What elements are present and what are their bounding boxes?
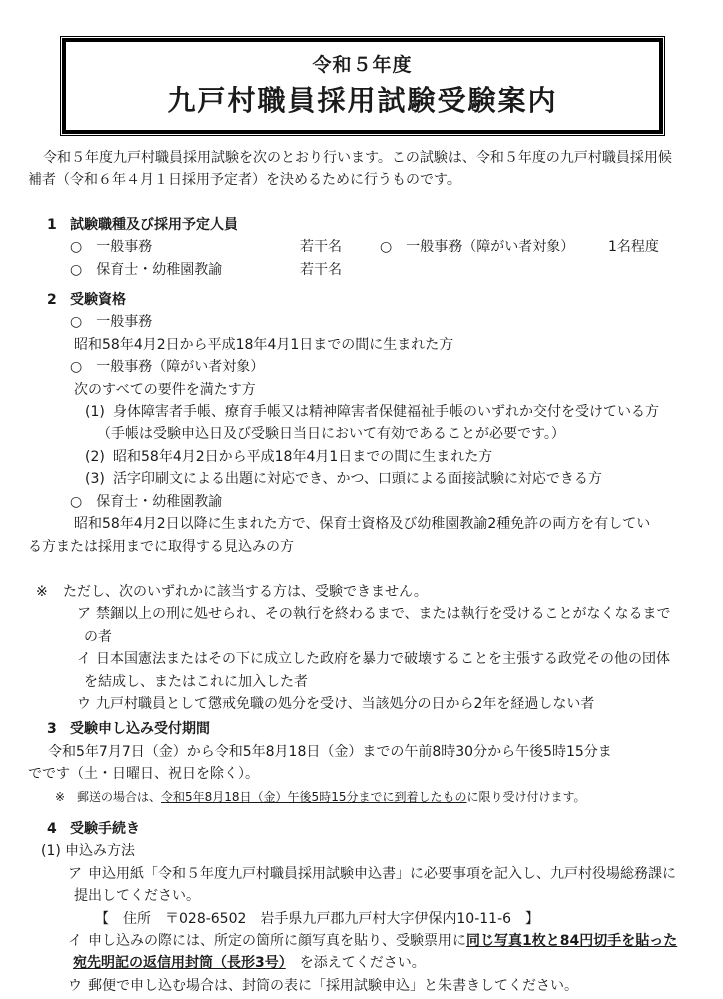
doc-line: （手帳は受験申込日及び受験日当日において有効であることが必要です。） <box>28 423 697 445</box>
text-segment: 申込み方法 <box>65 843 135 859</box>
doc-line: 令和5年7月7日（金）から令和5年8月18日（金）までの午前8時30分から午後5… <box>28 741 697 763</box>
text-segment: (1) <box>85 401 113 423</box>
text-segment: 若干名 <box>300 236 380 258</box>
doc-line: を結成し、またはこれに加入した者 <box>28 671 697 693</box>
text-segment: 同じ写真1枚と84円切手を貼った <box>466 933 677 949</box>
text-segment: 令和5年8月18日（金）午後5時15分までに到着したもの <box>161 790 466 804</box>
doc-line: ○ 一般事務若干名○ 一般事務（障がい者対象）1名程度 <box>28 236 697 258</box>
text-segment: ○ 一般事務（障がい者対象） <box>70 359 264 375</box>
text-segment: 郵送の場合は、 <box>77 790 161 804</box>
text-segment: 試験職種及び採用予定人員 <box>70 217 238 233</box>
text-segment: ○ 一般事務 <box>70 314 152 330</box>
doc-line: (1)身体障害者手帳、療育手帳又は精神障害者保健福祉手帳のいずれか交付を受けてい… <box>28 401 697 423</box>
doc-line: ○ 一般事務（障がい者対象） <box>28 356 697 378</box>
doc-line: の者 <box>28 626 697 648</box>
text-segment: 昭和58年4月2日から平成18年4月1日までの間に生まれた方 <box>113 449 492 465</box>
doc-line: ※郵送の場合は、令和5年8月18日（金）午後5時15分までに到着したものに限り受… <box>28 786 697 808</box>
text-segment: 提出してください。 <box>74 888 200 904</box>
text-segment: ※ <box>55 786 77 808</box>
text-segment: 宛先明記の返信用封筒（長形3号） <box>73 955 286 971</box>
text-segment: ○ 保育士・幼稚園教諭 <box>70 494 222 510</box>
text-segment: 次のすべての要件を満たす方 <box>74 382 256 398</box>
text-segment: 昭和58年4月2日以降に生まれた方で、保育士資格及び幼稚園教諭2種免許の両方を有… <box>74 516 650 532</box>
doc-line: 宛先明記の返信用封筒（長形3号） を添えてください。 <box>28 952 697 974</box>
text-segment: ウ <box>77 693 96 715</box>
text-segment: 2 <box>47 289 70 311</box>
doc-line: 【 住所 〒028-6502 岩手県九戸郡九戸村大字伊保内10-11-6 】 <box>28 908 697 930</box>
text-segment: イ <box>68 930 88 952</box>
text-segment: イ <box>77 648 96 670</box>
doc-line: 昭和58年4月2日から平成18年4月1日までの間に生まれた方 <box>28 334 697 356</box>
text-segment: 受験資格 <box>70 292 126 308</box>
document-page: 令和５年度 九戸村職員採用試験受験案内 令和５年度九戸村職員採用試験を次のとおり… <box>0 0 723 999</box>
text-segment: でです（土・日曜日、祝日を除く）。 <box>28 766 259 782</box>
text-segment: 4 <box>47 818 70 840</box>
text-segment: ○ 一般事務 <box>70 236 300 258</box>
text-segment: ○ 保育士・幼稚園教諭 <box>70 259 300 281</box>
text-segment: 活字印刷文による出題に対応でき、かつ、口頭による面接試験に対応できる方 <box>113 471 602 487</box>
doc-line: (1)申込み方法 <box>28 840 697 862</box>
text-segment: 受験手続き <box>70 821 140 837</box>
text-segment: 令和5年7月7日（金）から令和5年8月18日（金）までの午前8時30分から午後5… <box>48 744 612 760</box>
doc-line: 提出してください。 <box>28 885 697 907</box>
text-segment: (1) <box>41 840 65 862</box>
text-segment: ア <box>68 863 88 885</box>
doc-line: イ申し込みの際には、所定の箇所に顔写真を貼り、受験票用に同じ写真1枚と84円切手… <box>28 930 697 952</box>
text-segment: 昭和58年4月2日から平成18年4月1日までの間に生まれた方 <box>74 337 453 353</box>
title-box: 令和５年度 九戸村職員採用試験受験案内 <box>62 38 663 134</box>
doc-line: 1試験職種及び採用予定人員 <box>28 214 697 236</box>
doc-line: 次のすべての要件を満たす方 <box>28 379 697 401</box>
text-segment: を添えてください。 <box>286 955 426 971</box>
doc-line: ○ 一般事務 <box>28 311 697 333</box>
text-segment: (3) <box>85 468 113 490</box>
doc-line: ウ九戸村職員として懲戒免職の処分を受け、当該処分の日から2年を経過しない者 <box>28 693 697 715</box>
text-segment: 【 住所 〒028-6502 岩手県九戸郡九戸村大字伊保内10-11-6 】 <box>95 911 539 927</box>
text-segment: 1名程度 <box>608 239 659 255</box>
doc-line: 令和５年度九戸村職員採用試験を次のとおり行います。この試験は、令和５年度の九戸村… <box>28 147 697 169</box>
doc-line: でです（土・日曜日、祝日を除く）。 <box>28 763 697 785</box>
doc-line: 補者（令和６年４月１日採用予定者）を決めるために行うものです。 <box>28 169 697 191</box>
text-segment: 申込用紙「令和５年度九戸村職員採用試験申込書」に必要事項を記入し、九戸村役場総務… <box>88 866 676 882</box>
text-segment: の者 <box>84 629 112 645</box>
text-segment: 補者（令和６年４月１日採用予定者）を決めるために行うものです。 <box>28 172 461 188</box>
text-segment: 令和５年度九戸村職員採用試験を次のとおり行います。この試験は、令和５年度の九戸村… <box>43 150 672 166</box>
text-segment: に限り受け付けます。 <box>466 790 585 804</box>
doc-line: (2)昭和58年4月2日から平成18年4月1日までの間に生まれた方 <box>28 446 697 468</box>
text-segment: ※ <box>36 581 63 603</box>
text-segment: ○ 一般事務（障がい者対象） <box>380 236 608 258</box>
text-segment: 日本国憲法またはその下に成立した政府を暴力で破壊することを主張する政党その他の団… <box>96 651 670 667</box>
text-segment: 禁錮以上の刑に処せられ、その執行を終わるまで、または執行を受けることがなくなるま… <box>96 606 671 622</box>
text-segment: 身体障害者手帳、療育手帳又は精神障害者保健福祉手帳のいずれか交付を受けている方 <box>113 404 659 420</box>
doc-line: ア禁錮以上の刑に処せられ、その執行を終わるまで、または執行を受けることがなくなる… <box>28 603 697 625</box>
text-segment: 受験申し込み受付期間 <box>70 721 210 737</box>
doc-line: (3)活字印刷文による出題に対応でき、かつ、口頭による面接試験に対応できる方 <box>28 468 697 490</box>
text-segment: る方または採用までに取得する見込みの方 <box>28 539 294 555</box>
doc-line: ○ 保育士・幼稚園教諭 <box>28 491 697 513</box>
text-segment: を結成し、またはこれに加入した者 <box>84 674 308 690</box>
page-title: 九戸村職員採用試験受験案内 <box>66 82 659 120</box>
text-segment: ただし、次のいずれかに該当する方は、受験できません。 <box>63 584 428 600</box>
title-fiscal-year: 令和５年度 <box>66 50 659 80</box>
text-segment: 3 <box>47 718 70 740</box>
doc-line: ※ただし、次のいずれかに該当する方は、受験できません。 <box>28 581 697 603</box>
doc-line: 3受験申し込み受付期間 <box>28 718 697 740</box>
doc-line: 4受験手続き <box>28 818 697 840</box>
text-segment: 郵便で申し込む場合は、封筒の表に「採用試験申込」と朱書きしてください。 <box>88 978 578 994</box>
text-segment: 申し込みの際には、所定の箇所に顔写真を貼り、受験票用に <box>88 933 466 949</box>
doc-line: イ日本国憲法またはその下に成立した政府を暴力で破壊することを主張する政党その他の… <box>28 648 697 670</box>
doc-line: る方または採用までに取得する見込みの方 <box>28 536 697 558</box>
doc-line: ○ 保育士・幼稚園教諭若干名 <box>28 259 697 281</box>
doc-line: ア申込用紙「令和５年度九戸村職員採用試験申込書」に必要事項を記入し、九戸村役場総… <box>28 863 697 885</box>
doc-line: 2受験資格 <box>28 289 697 311</box>
text-segment: ウ <box>68 975 88 997</box>
document-body: 令和５年度九戸村職員採用試験を次のとおり行います。この試験は、令和５年度の九戸村… <box>0 134 723 997</box>
text-segment: ア <box>77 603 96 625</box>
text-segment: （手帳は受験申込日及び受験日当日において有効であることが必要です。） <box>97 426 565 442</box>
text-segment: 若干名 <box>300 262 342 278</box>
text-segment: 九戸村職員として懲戒免職の処分を受け、当該処分の日から2年を経過しない者 <box>96 696 594 712</box>
text-segment: (2) <box>85 446 113 468</box>
text-segment: 1 <box>47 214 70 236</box>
doc-line: 昭和58年4月2日以降に生まれた方で、保育士資格及び幼稚園教諭2種免許の両方を有… <box>28 513 697 535</box>
doc-line: ウ郵便で申し込む場合は、封筒の表に「採用試験申込」と朱書きしてください。 <box>28 975 697 997</box>
